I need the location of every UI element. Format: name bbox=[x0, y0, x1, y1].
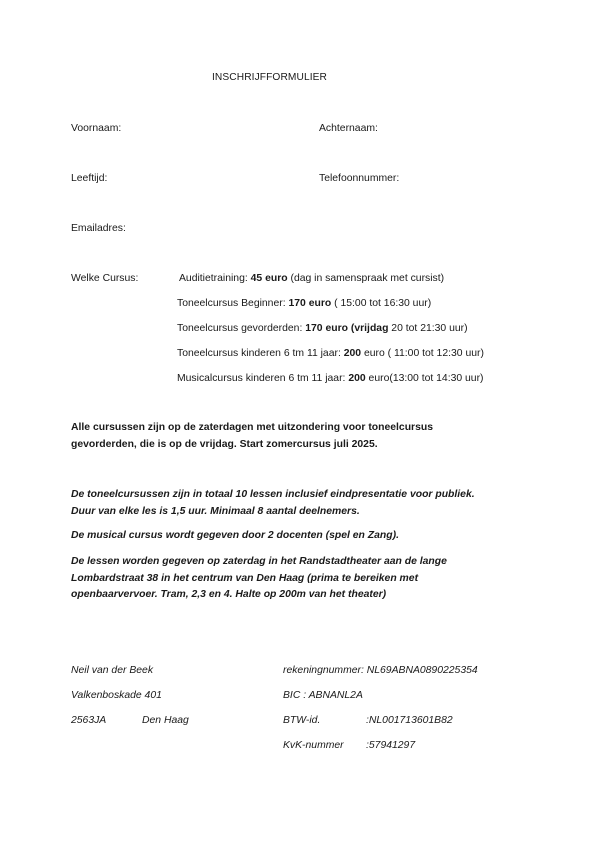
kvk-label: KvK-nummer bbox=[283, 739, 344, 752]
course-option: Toneelcursus kinderen 6 tm 11 jaar: 200 … bbox=[177, 347, 484, 360]
course-option: Toneelcursus Beginner: 170 euro ( 15:00 … bbox=[177, 297, 431, 310]
bic-code: BIC : ABNANL2A bbox=[283, 689, 363, 702]
leeftijd-label: Leeftijd: bbox=[71, 172, 107, 185]
schedule-notice: Alle cursussen zijn op de zaterdagen met… bbox=[71, 420, 433, 453]
voornaam-label: Voornaam: bbox=[71, 122, 121, 135]
location-info-paragraph: De lessen worden gegeven op zaterdag in … bbox=[71, 554, 447, 604]
page-title: INSCHRIJFFORMULIER bbox=[212, 71, 327, 84]
bank-account: rekeningnummer: NL69ABNA0890225354 bbox=[283, 664, 478, 677]
btw-value: :NL001713601B82 bbox=[366, 714, 453, 727]
musical-info-paragraph: De musical cursus wordt gegeven door 2 d… bbox=[71, 528, 399, 545]
emailadres-label: Emailadres: bbox=[71, 222, 126, 235]
contact-city: Den Haag bbox=[142, 714, 189, 727]
btw-label: BTW-id. bbox=[283, 714, 320, 727]
kvk-value: :57941297 bbox=[366, 739, 415, 752]
achternaam-label: Achternaam: bbox=[319, 122, 378, 135]
course-option: Musicalcursus kinderen 6 tm 11 jaar: 200… bbox=[177, 372, 484, 385]
contact-name: Neil van der Beek bbox=[71, 664, 153, 677]
contact-street: Valkenboskade 401 bbox=[71, 689, 162, 702]
welke-cursus-label: Welke Cursus: bbox=[71, 272, 138, 285]
course-info-paragraph: De toneelcursussen zijn in totaal 10 les… bbox=[71, 487, 475, 520]
telefoonnummer-label: Telefoonnummer: bbox=[319, 172, 399, 185]
contact-postcode: 2563JA bbox=[71, 714, 106, 727]
course-option: Auditietraining: 45 euro (dag in samensp… bbox=[179, 272, 444, 285]
course-option: Toneelcursus gevorderden: 170 euro (vrij… bbox=[177, 322, 468, 335]
